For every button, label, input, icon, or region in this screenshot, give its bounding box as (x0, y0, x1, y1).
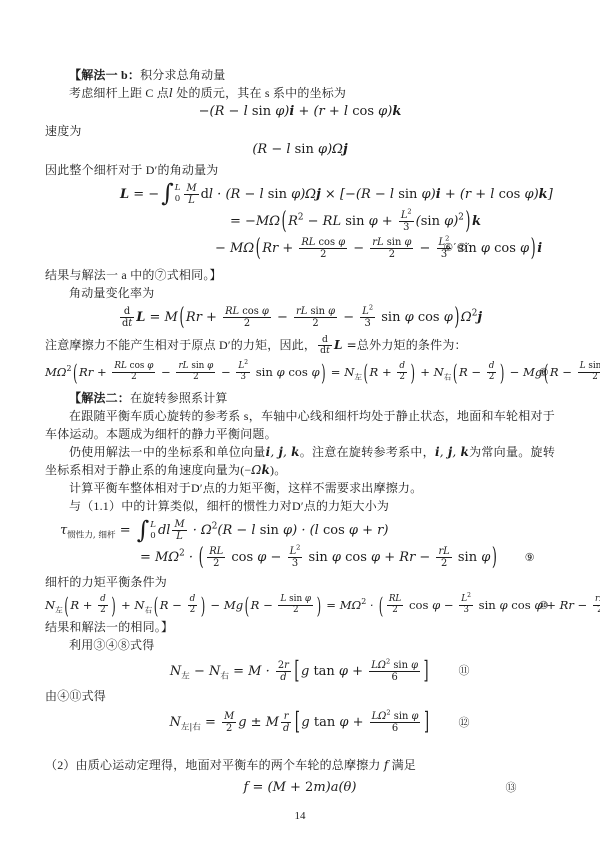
eq-body: f = (M + 2m)a(θ) (244, 780, 357, 795)
eq-coordinates: −(R − l sin φ)i + (r + l cos φ)k (45, 102, 555, 122)
eq-torque-balance-10: N左R + d2 + N右R − d2 − MgR − L sin φ2 = M… (45, 593, 555, 618)
eq-body: MΩ2Rr + RL cos φ2 − rL sin φ2 − L23 sin … (45, 365, 600, 379)
para-mass-element: 考虑细杆上距 C 点l 处的质元，其在 s 系中的坐标为 (45, 84, 555, 102)
eq-normal-force-difference-11: N左 − N右 = M · 2rdg tan φ + LΩ2 sin φ6 ⑪ (45, 658, 555, 685)
eq-angular-momentum-rate: ddtL = MRr + RL cos φ2 − rL sin φ2 − L23… (45, 304, 555, 331)
para-angular-momentum-label: 因此整个细杆对于 D′的角动量为 (45, 161, 555, 179)
eq-normal-forces-12: N左|右 = M2g ± Mrdg tan φ + LΩ2 sin φ6 ⑫ (45, 709, 555, 736)
eq-body: N左|右 = M2g ± Mrdg tan φ + LΩ2 sin φ6 (169, 715, 430, 730)
para-similar-calculation: 与（1.1）中的计算类似，细杆的惯性力对D′点的力矩大小为 (45, 497, 555, 515)
para-part2-friction: （2）由质心运动定理得，地面对平衡车的两个车轮的总摩擦力 f 满足 (45, 756, 555, 774)
para-rate-of-change-label: 角动量变化率为 (45, 284, 555, 302)
eq-torque-balance-8: MΩ2Rr + RL cos φ2 − rL sin φ2 − L23 sin … (45, 360, 555, 385)
para-rotating-frame: 在跟随平衡车质心旋转的参考系 s，车轴中心线和细杆均处于静止状态，地面和车轮相对… (45, 407, 555, 443)
eq-velocity: (R − l sin φ)Ωj (45, 140, 555, 160)
para-unit-vectors: 仍使用解法一中的坐标系和单位向量i, j, k。注意在旋转参考系中，i, j, … (45, 443, 555, 479)
solution-1b-heading: 【解法一 b：积分求总角动量 (45, 66, 555, 84)
equation-tag-12: ⑫ (459, 716, 471, 730)
para-using-eqs-3-4-8: 利用③④⑧式得 (45, 636, 555, 654)
eq-angular-momentum-i-component: − MΩRr + RL cos φ2 − rL sin φ2 − L23 sin… (45, 235, 555, 262)
para-friction-torque-note: 注意摩擦力不能产生相对于原点 D′的力矩，因此，ddtL =总外力矩的条件为： (45, 335, 555, 356)
eq-friction-13: f = (M + 2m)a(θ) ⑬ (45, 778, 555, 798)
para-rod-torque-balance-label: 细杆的力矩平衡条件为 (45, 573, 555, 591)
para-velocity-label: 速度为 (45, 122, 555, 140)
eq-body: − MΩRr + RL cos φ2 − rL sin φ2 − L23 sin… (215, 241, 542, 256)
document-page: 【解法一 b：积分求总角动量 考虑细杆上距 C 点l 处的质元，其在 s 系中的… (0, 0, 600, 849)
equation-tag-10: ⑩ (539, 599, 549, 613)
eq-body: = MΩ2 · RL2 cos φ − L23 sin φ cos φ + Rr… (140, 550, 498, 565)
equation-tag-11: ⑪ (459, 665, 471, 679)
page-number: 14 (45, 810, 555, 822)
para-result-same-as-eq7: 结果与解法一 a 中的⑦式相同。】 (45, 266, 555, 284)
eq-body: N左R + d2 + N右R − d2 − MgR − L sin φ2 = M… (45, 598, 600, 612)
para-from-eqs-4-11: 由④⑪式得 (45, 687, 555, 705)
equation-tag-6-7: ⑥′⑦′ (443, 241, 470, 255)
solution-2-heading: 【解法二：在旋转参照系计算 (45, 389, 555, 407)
equation-tag-9: ⑨ (525, 551, 535, 565)
para-torque-balance-note: 计算平衡车整体相对于D′点的力矩平衡，这样不需要求出摩擦力。 (45, 479, 555, 497)
eq-angular-momentum-k-component: = −MΩR2 − RL sin φ + L23(sin φ)2k (45, 208, 555, 235)
eq-body: N左 − N右 = M · 2rdg tan φ + LΩ2 sin φ6 (170, 664, 430, 679)
eq-inertial-torque-result: = MΩ2 · RL2 cos φ − L23 sin φ cos φ + Rr… (45, 544, 555, 571)
equation-tag-8: ⑧ (539, 366, 549, 380)
para-result-same: 结果和解法一的相同。】 (45, 618, 555, 636)
eq-angular-momentum-integral: L = −∫L0MLdl · (R − l sin φ)Ωj × [−(R − … (45, 181, 555, 208)
equation-tag-13: ⑬ (506, 781, 518, 795)
eq-inertial-torque-integral: τ惯性力, 细杆 = ∫L0dlML · Ω2(R − l sin φ) · (… (45, 517, 555, 544)
